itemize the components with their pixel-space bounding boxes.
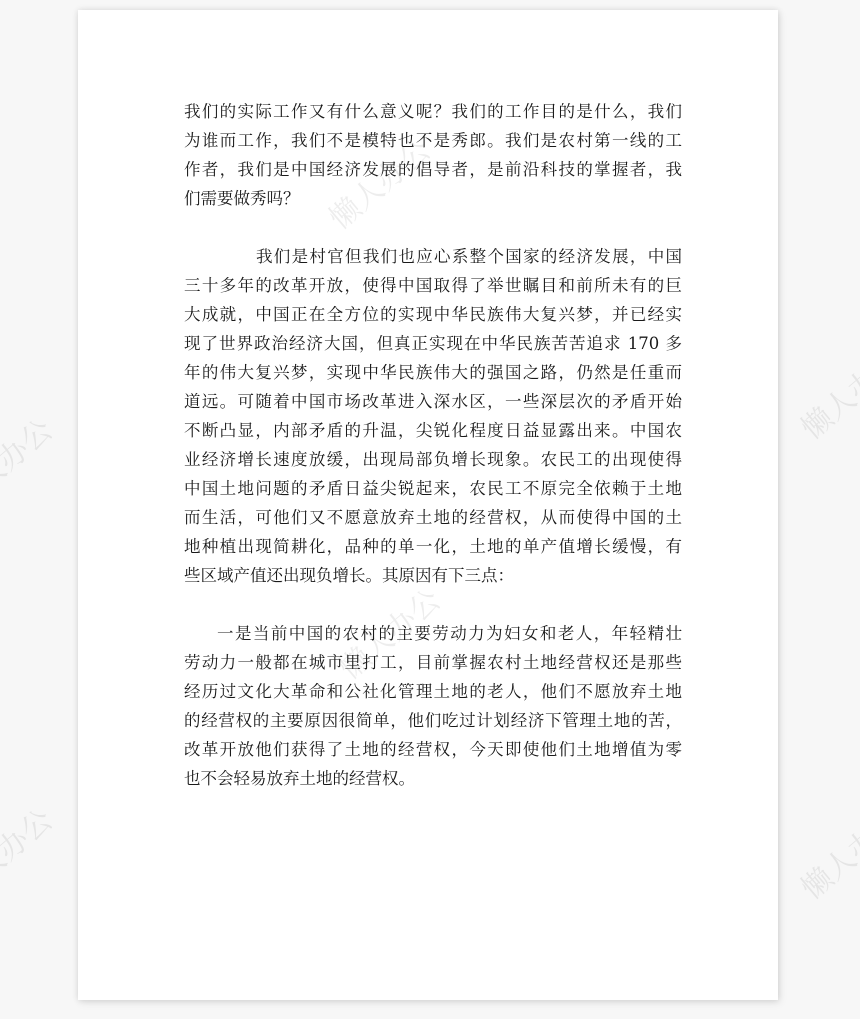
paragraph-line: 也不会轻易放弃土地的经营权。	[184, 767, 682, 791]
paragraph-line: 们需要做秀吗？	[184, 187, 682, 211]
paragraph-line: 劳动力一般都在城市里打工，目前掌握农村土地经营权还是那些	[184, 651, 682, 675]
document-page: 我们的实际工作又有什么意义呢？我们的工作目的是什么，我们为谁而工作，我们不是模特…	[78, 10, 778, 1000]
paragraph-line: 大成就，中国正在全方位的实现中华民族伟大复兴梦，并已经实	[184, 303, 682, 327]
watermark: 懒人办公	[790, 797, 860, 908]
watermark: 懒人办公	[0, 797, 60, 908]
paragraph-line: 而生活，可他们又不愿意放弃土地的经营权，从而使得中国的土	[184, 506, 682, 530]
paragraph-line: 些区域产值还出现负增长。其原因有下三点：	[184, 564, 682, 588]
paragraph-line: 我们是村官但我们也应心系整个国家的经济发展，中国	[256, 245, 682, 269]
paragraph-line: 中国土地问题的矛盾日益尖锐起来，农民工不原完全依赖于土地	[184, 477, 682, 501]
paragraph-line: 三十多年的改革开放，使得中国取得了举世瞩目和前所未有的巨	[184, 274, 682, 298]
paragraph-line: 改革开放他们获得了土地的经营权，今天即使他们土地增值为零	[184, 738, 682, 762]
paragraph-line: 为谁而工作，我们不是模特也不是秀郎。我们是农村第一线的工	[184, 129, 682, 153]
paragraph-line: 不断凸显，内部矛盾的升温，尖锐化程度日益显露出来。中国农	[184, 419, 682, 443]
paragraph-line: 的经营权的主要原因很简单，他们吃过计划经济下管理土地的苦，	[184, 709, 682, 733]
watermark: 懒人办公	[0, 407, 60, 518]
paragraph-line: 业经济增长速度放缓，出现局部负增长现象。农民工的出现使得	[184, 448, 682, 472]
watermark: 懒人办公	[790, 337, 860, 448]
paragraph-line: 经历过文化大革命和公社化管理土地的老人，他们不愿放弃土地	[184, 680, 682, 704]
paragraph-line: 道远。可随着中国市场改革进入深水区，一些深层次的矛盾开始	[184, 390, 682, 414]
paragraph-line: 一是当前中国的农村的主要劳动力为妇女和老人，年轻精壮	[217, 622, 682, 646]
paragraph-line: 我们的实际工作又有什么意义呢？我们的工作目的是什么，我们	[184, 100, 682, 124]
paragraph-line: 地种植出现简耕化，品种的单一化，土地的单产值增长缓慢，有	[184, 535, 682, 559]
paragraph-line: 作者，我们是中国经济发展的倡导者，是前沿科技的掌握者，我	[184, 158, 682, 182]
paragraph-line: 年的伟大复兴梦，实现中华民族伟大的强国之路，仍然是任重而	[184, 361, 682, 385]
paragraph-line: 现了世界政治经济大国，但真正实现在中华民族苦苦追求 170 多	[184, 332, 682, 356]
